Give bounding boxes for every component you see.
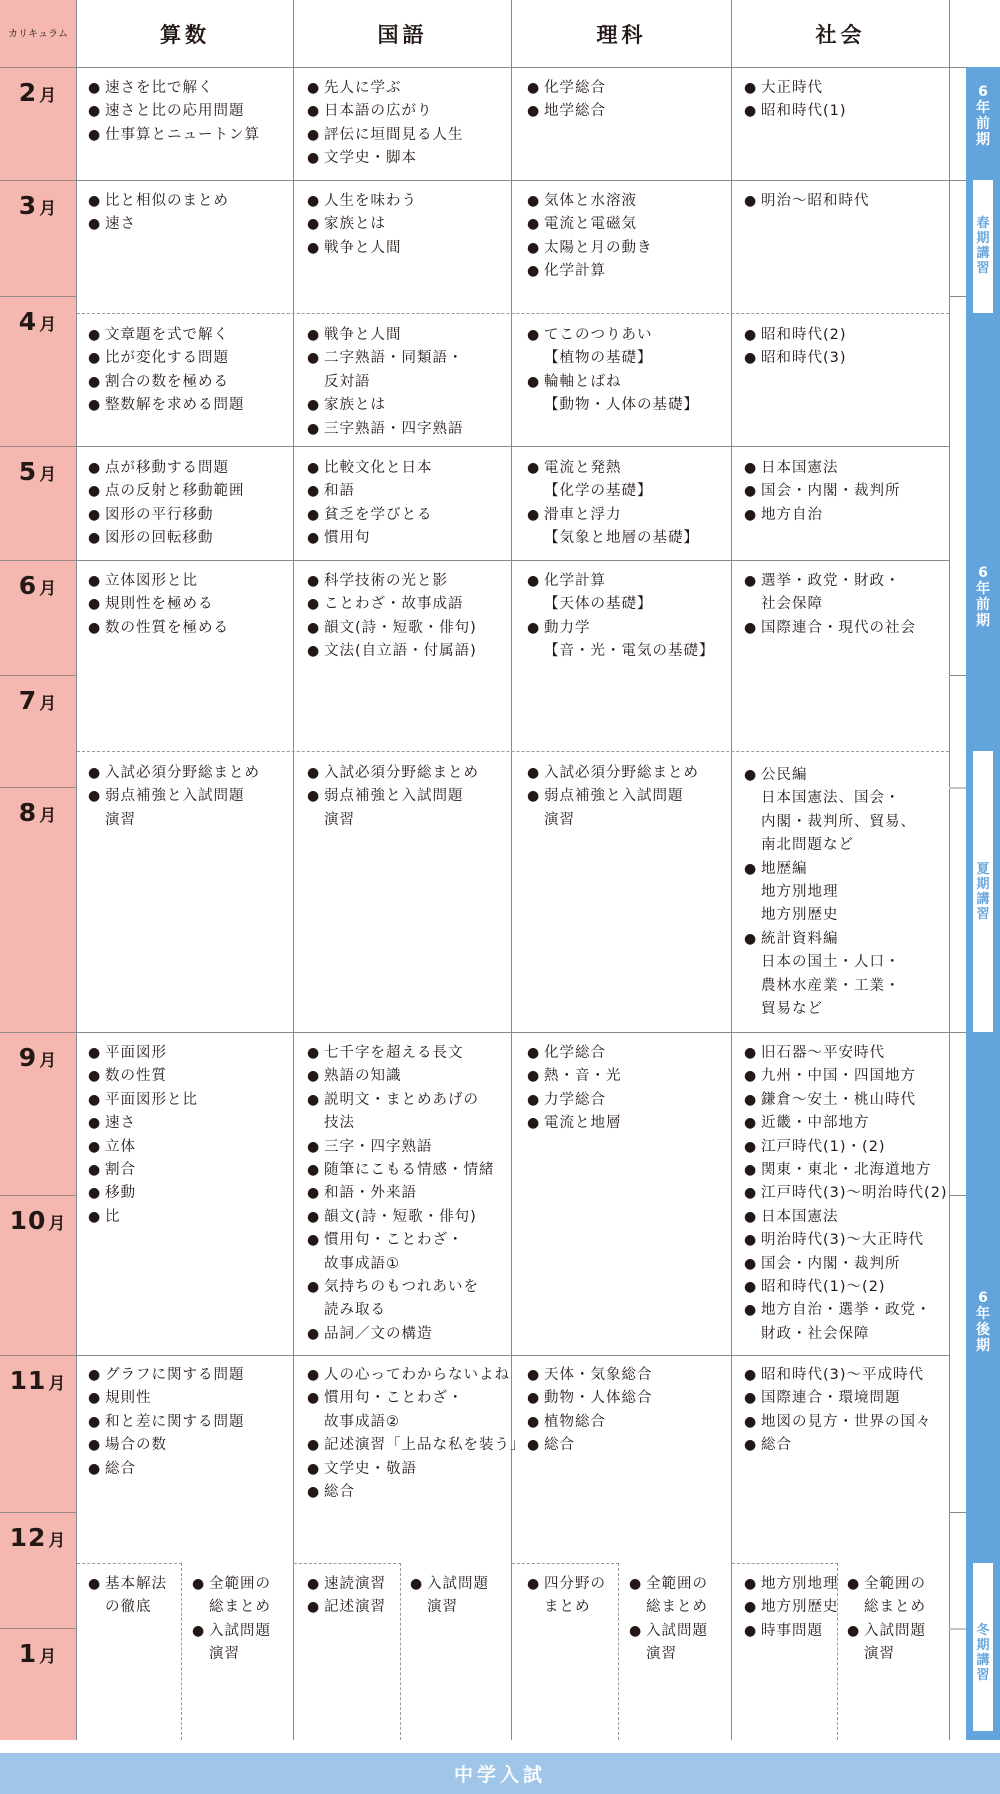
bullet-icon: ●: [88, 1434, 101, 1457]
topic-item: ●点が移動する問題: [88, 457, 288, 480]
topic-text: 規則性を極める: [105, 593, 288, 616]
topic-item: ●図形の平行移動: [88, 504, 288, 527]
topic-text: 速さ: [105, 213, 288, 236]
bullet-icon: ●: [744, 1229, 757, 1252]
bullet-icon: ●: [744, 347, 757, 370]
topic-item: ●統計資料編日本の国土・人口・農林水産業・工業・貿易など: [744, 928, 944, 1022]
topic-text: 慣用句・ことわざ・: [324, 1387, 512, 1410]
topic-text: 力学総合: [544, 1089, 727, 1112]
cell-winter-science-a: ●四分野のまとめ: [527, 1573, 617, 1620]
bullet-icon: ●: [744, 1065, 757, 1088]
topic-text: 関東・東北・北海道地方: [761, 1159, 949, 1182]
bullet-icon: ●: [744, 100, 757, 123]
topic-item: ●人の心ってわからないよね: [307, 1364, 512, 1387]
topic-item: ●昭和時代(2): [744, 324, 944, 347]
term-label-6th-first-half: 6年前期: [966, 84, 1000, 148]
bullet-icon: ●: [527, 324, 540, 347]
winter-course-label: 冬期講習: [973, 1623, 993, 1683]
topic-text: 速さを比で解く: [105, 77, 288, 100]
bullet-icon: ●: [744, 1112, 757, 1135]
cell-nov-dec-social: ●昭和時代(3)～平成時代●国際連合・環境問題●地図の見方・世界の国々●総合: [744, 1364, 944, 1458]
topic-item: ●韻文(詩・短歌・俳句): [307, 617, 507, 640]
topic-item: ●九州・中国・四国地方: [744, 1065, 949, 1088]
side-tick: [949, 675, 966, 676]
bullet-icon: ●: [307, 1229, 320, 1252]
topic-text: 貧乏を学びとる: [324, 504, 507, 527]
cell-apr-science: ●てこのつりあい【植物の基礎】●輪軸とばね【動物・人体の基礎】: [527, 324, 727, 418]
topic-text: 入試問題: [864, 1620, 937, 1643]
cell-winter-math-b: ●全範囲の総まとめ●入試問題演習: [192, 1573, 282, 1667]
topic-text: 明治時代(3)～大正時代: [761, 1229, 949, 1252]
bullet-icon: ●: [307, 640, 320, 663]
topic-text: 文学史・脚本: [324, 147, 507, 170]
topic-text: 基本解法: [105, 1573, 178, 1596]
topic-text-continued: 南北問題など: [761, 834, 944, 857]
row-divider-dashed: [512, 1563, 619, 1564]
bullet-icon: ●: [88, 1042, 101, 1065]
topic-text-continued: 総まとめ: [646, 1596, 719, 1619]
topic-text-continued: 総まとめ: [209, 1596, 282, 1619]
topic-text-continued: 日本国憲法、国会・: [761, 787, 944, 810]
bullet-icon: ●: [744, 457, 757, 480]
cell-apr-japanese: ●戦争と人間●二字熟語・同類語・反対語●家族とは●三字熟語・四字熟語: [307, 324, 507, 441]
bullet-icon: ●: [307, 1387, 320, 1410]
topic-item: ●速さを比で解く: [88, 77, 288, 100]
topic-text: 文学史・敬語: [324, 1458, 512, 1481]
topic-item: ●三字熟語・四字熟語: [307, 418, 507, 441]
topic-text: 国会・内閣・裁判所: [761, 1253, 949, 1276]
bullet-icon: ●: [527, 1573, 540, 1596]
topic-text-continued: 演習: [544, 809, 727, 832]
topic-text: 全範囲の: [646, 1573, 719, 1596]
bullet-icon: ●: [307, 762, 320, 785]
topic-item: ●四分野のまとめ: [527, 1573, 617, 1620]
header-science: 理科: [512, 0, 731, 67]
topic-item: ●地図の見方・世界の国々: [744, 1411, 944, 1434]
side-tick: [949, 1512, 966, 1513]
topic-item: ●比較文化と日本: [307, 457, 507, 480]
topic-item: ●昭和時代(1)～(2): [744, 1276, 949, 1299]
topic-text: 点が移動する問題: [105, 457, 288, 480]
topic-text-continued: 【動物・人体の基礎】: [544, 394, 727, 417]
month-unit: 月: [39, 86, 57, 106]
topic-text-continued: 反対語: [324, 371, 507, 394]
month-cell-jan: 1月: [0, 1628, 76, 1740]
bullet-icon: ●: [88, 457, 101, 480]
topic-item: ●電流と地層: [527, 1112, 727, 1135]
topic-item: ●文学史・敬語: [307, 1458, 512, 1481]
bullet-icon: ●: [307, 1458, 320, 1481]
topic-text: 記述演習「上品な私を装う」: [324, 1434, 512, 1457]
bullet-icon: ●: [527, 100, 540, 123]
bullet-icon: ●: [88, 504, 101, 527]
topic-item: ●全範囲の総まとめ: [192, 1573, 282, 1620]
cell-summer-social: ●公民編日本国憲法、国会・内閣・裁判所、貿易、南北問題など●地歴編地方別地理地方…: [744, 764, 944, 1021]
month-unit: 月: [39, 806, 57, 826]
cell-mar-social: ●明治～昭和時代: [744, 190, 944, 213]
topic-item: ●総合: [527, 1434, 727, 1457]
bullet-icon: ●: [307, 570, 320, 593]
cell-winter-japanese-b: ●入試問題演習: [410, 1573, 500, 1620]
bullet-icon: ●: [744, 1276, 757, 1299]
bullet-icon: ●: [88, 1206, 101, 1229]
topic-item: ●品詞／文の構造: [307, 1323, 512, 1346]
topic-text: 三字・四字熟語: [324, 1136, 512, 1159]
topic-text: 日本国憲法: [761, 457, 944, 480]
month-cell-mar: 3月: [0, 180, 76, 296]
bullet-icon: ●: [307, 190, 320, 213]
topic-item: ●人生を味わう: [307, 190, 507, 213]
topic-text: 気体と水溶液: [544, 190, 727, 213]
topic-item: ●近畿・中部地方: [744, 1112, 949, 1135]
bullet-icon: ●: [744, 928, 757, 951]
topic-item: ●公民編日本国憲法、国会・内閣・裁判所、貿易、南北問題など: [744, 764, 944, 858]
bullet-icon: ●: [527, 1112, 540, 1135]
topic-item: ●戦争と人間: [307, 237, 507, 260]
bullet-icon: ●: [744, 1253, 757, 1276]
spring-course-label: 春期講習: [973, 216, 993, 276]
topic-text: 地歴編: [761, 858, 944, 881]
cell-may-japanese: ●比較文化と日本●和語●貧乏を学びとる●慣用句: [307, 457, 507, 551]
bullet-icon: ●: [744, 1089, 757, 1112]
topic-item: ●太陽と月の動き: [527, 237, 727, 260]
topic-item: ●韻文(詩・短歌・俳句): [307, 1206, 512, 1229]
bullet-icon: ●: [307, 147, 320, 170]
topic-text: 弱点補強と入試問題: [324, 785, 507, 808]
bullet-icon: ●: [744, 480, 757, 503]
header-social: 社会: [732, 0, 949, 67]
cell-nov-dec-japanese: ●人の心ってわからないよね●慣用句・ことわざ・故事成語②●記述演習「上品な私を装…: [307, 1364, 512, 1504]
bullet-icon: ●: [88, 371, 101, 394]
topic-text: 動物・人体総合: [544, 1387, 727, 1410]
bullet-icon: ●: [307, 237, 320, 260]
topic-item: ●江戸時代(3)～明治時代(2): [744, 1182, 949, 1205]
topic-item: ●電流と発熱【化学の基礎】: [527, 457, 727, 504]
topic-text: 戦争と人間: [324, 324, 507, 347]
bullet-icon: ●: [744, 570, 757, 593]
topic-text: 化学総合: [544, 77, 727, 100]
topic-text: 江戸時代(3)～明治時代(2): [761, 1182, 949, 1205]
bullet-icon: ●: [744, 1136, 757, 1159]
topic-item: ●基本解法の徹底: [88, 1573, 178, 1620]
topic-text: 総合: [544, 1434, 727, 1457]
topic-item: ●昭和時代(1): [744, 100, 944, 123]
row-divider: [77, 180, 949, 181]
month-cell-dec: 12月: [0, 1512, 76, 1628]
topic-item: ●天体・気象総合: [527, 1364, 727, 1387]
bullet-icon: ●: [527, 1042, 540, 1065]
month-cell-nov: 11月: [0, 1355, 76, 1512]
bullet-icon: ●: [527, 260, 540, 283]
topic-item: ●化学計算: [527, 260, 727, 283]
cell-jun-jul-social: ●選挙・政党・財政・社会保障●国際連合・現代の社会: [744, 570, 944, 640]
bullet-icon: ●: [527, 371, 540, 394]
bullet-icon: ●: [307, 593, 320, 616]
bullet-icon: ●: [744, 1042, 757, 1065]
bullet-icon: ●: [527, 1065, 540, 1088]
cell-feb-math: ●速さを比で解く●速さと比の応用問題●仕事算とニュートン算: [88, 77, 288, 147]
bullet-icon: ●: [527, 785, 540, 808]
bullet-icon: ●: [307, 504, 320, 527]
topic-text: 数の性質を極める: [105, 617, 288, 640]
topic-text: 評伝に垣間見る人生: [324, 124, 507, 147]
row-divider: [77, 1355, 949, 1356]
bullet-icon: ●: [744, 1573, 757, 1596]
topic-text: 気持ちのもつれあいを: [324, 1276, 512, 1299]
topic-text: 科学技術の光と影: [324, 570, 507, 593]
topic-text: 立体: [105, 1136, 288, 1159]
month-num: 2: [19, 78, 37, 107]
topic-item: ●戦争と人間: [307, 324, 507, 347]
topic-text: 入試問題: [646, 1620, 719, 1643]
bullet-icon: ●: [527, 1434, 540, 1457]
month-unit: 月: [48, 1531, 66, 1551]
header-math: 算数: [77, 0, 293, 67]
topic-item: ●化学総合: [527, 1042, 727, 1065]
topic-text: 品詞／文の構造: [324, 1323, 512, 1346]
bullet-icon: ●: [744, 1159, 757, 1182]
topic-text: 地方自治: [761, 504, 944, 527]
topic-text: 地学総合: [544, 100, 727, 123]
topic-text: 韻文(詩・短歌・俳句): [324, 1206, 512, 1229]
topic-item: ●昭和時代(3)～平成時代: [744, 1364, 944, 1387]
cell-winter-math-a: ●基本解法の徹底: [88, 1573, 178, 1620]
topic-text: 慣用句・ことわざ・: [324, 1229, 512, 1252]
topic-item: ●旧石器～平安時代: [744, 1042, 949, 1065]
cell-sep-oct-math: ●平面図形●数の性質●平面図形と比●速さ●立体●割合●移動●比: [88, 1042, 288, 1229]
cell-feb-science: ●化学総合●地学総合: [527, 77, 727, 124]
topic-item: ●立体: [88, 1136, 288, 1159]
topic-text: 入試問題: [209, 1620, 282, 1643]
month-cell-jul: 7月: [0, 675, 76, 787]
bullet-icon: ●: [307, 527, 320, 550]
cell-winter-social-b: ●全範囲の総まとめ●入試問題演習: [847, 1573, 937, 1667]
topic-text: 動力学: [544, 617, 727, 640]
topic-item: ●仕事算とニュートン算: [88, 124, 288, 147]
bullet-icon: ●: [88, 570, 101, 593]
topic-item: ●動力学【音・光・電気の基礎】: [527, 617, 727, 664]
month-num: 7: [19, 686, 37, 715]
bullet-icon: ●: [307, 1573, 320, 1596]
topic-text: 統計資料編: [761, 928, 944, 951]
topic-item: ●植物総合: [527, 1411, 727, 1434]
month-cell-sep: 9月: [0, 1032, 76, 1195]
side-tick: [949, 1195, 966, 1196]
topic-text: 図形の回転移動: [105, 527, 288, 550]
bullet-icon: ●: [527, 617, 540, 640]
topic-text: 日本国憲法: [761, 1206, 949, 1229]
row-divider-dashed: [77, 313, 949, 314]
month-cell-jun: 6月: [0, 560, 76, 675]
topic-item: ●先人に学ぶ: [307, 77, 507, 100]
bullet-icon: ●: [307, 347, 320, 370]
side-tick: [949, 787, 966, 789]
topic-text: 昭和時代(1): [761, 100, 944, 123]
topic-text: グラフに関する問題: [105, 1364, 288, 1387]
topic-text-continued: 読み取る: [324, 1299, 512, 1322]
topic-text-continued: 農林水産業・工業・: [761, 975, 944, 998]
month-cell-feb: 2月: [0, 67, 76, 180]
cell-nov-dec-math: ●グラフに関する問題●規則性●和と差に関する問題●場合の数●総合: [88, 1364, 288, 1481]
topic-text: 比: [105, 1206, 288, 1229]
topic-text: 総合: [324, 1481, 512, 1504]
bullet-icon: ●: [527, 762, 540, 785]
cell-winter-science-b: ●全範囲の総まとめ●入試問題演習: [629, 1573, 719, 1667]
topic-item: ●図形の回転移動: [88, 527, 288, 550]
row-divider-dashed: [77, 1563, 182, 1564]
bullet-icon: ●: [527, 190, 540, 213]
month-cell-may: 5月: [0, 446, 76, 560]
summer-course-label: 夏期講習: [973, 862, 993, 922]
bullet-icon: ●: [744, 1206, 757, 1229]
topic-text: 韻文(詩・短歌・俳句): [324, 617, 507, 640]
topic-text: 電流と地層: [544, 1112, 727, 1135]
topic-text: 人の心ってわからないよね: [324, 1364, 512, 1387]
bullet-icon: ●: [847, 1620, 860, 1643]
topic-item: ●平面図形と比: [88, 1089, 288, 1112]
month-num: 9: [19, 1043, 37, 1072]
topic-text: 慣用句: [324, 527, 507, 550]
topic-item: ●日本国憲法: [744, 457, 944, 480]
cell-winter-social-a: ●地方別地理●地方別歴史●時事問題: [744, 1573, 834, 1643]
bullet-icon: ●: [88, 1089, 101, 1112]
bullet-icon: ●: [527, 213, 540, 236]
topic-text: 地方別歴史: [761, 1596, 834, 1619]
topic-text: 家族とは: [324, 213, 507, 236]
bullet-icon: ●: [307, 480, 320, 503]
topic-item: ●入試問題演習: [847, 1620, 937, 1667]
bullet-icon: ●: [629, 1620, 642, 1643]
month-num: 11: [10, 1366, 47, 1395]
topic-text: 入試問題: [427, 1573, 500, 1596]
bullet-icon: ●: [307, 418, 320, 441]
bullet-icon: ●: [88, 1136, 101, 1159]
topic-item: ●明治～昭和時代: [744, 190, 944, 213]
topic-item: ●入試問題演習: [410, 1573, 500, 1620]
bullet-icon: ●: [88, 124, 101, 147]
topic-text: 先人に学ぶ: [324, 77, 507, 100]
topic-text: 四分野の: [544, 1573, 617, 1596]
bullet-icon: ●: [847, 1573, 860, 1596]
topic-text-continued: 地方別地理: [761, 881, 944, 904]
topic-text: 和語: [324, 480, 507, 503]
topic-item: ●昭和時代(3): [744, 347, 944, 370]
topic-text: 比較文化と日本: [324, 457, 507, 480]
topic-text: 総合: [105, 1458, 288, 1481]
topic-item: ●和語・外来語: [307, 1182, 512, 1205]
bullet-icon: ●: [307, 785, 320, 808]
topic-text: 七千字を超える長文: [324, 1042, 512, 1065]
cell-mar-science: ●気体と水溶液●電流と電磁気●太陽と月の動き●化学計算: [527, 190, 727, 284]
topic-item: ●入試必須分野総まとめ: [88, 762, 288, 785]
term-label-6th-first-half-mid: 6年前期: [966, 565, 1000, 629]
month-unit: 月: [39, 315, 57, 335]
bullet-icon: ●: [527, 237, 540, 260]
cell-sep-oct-science: ●化学総合●熱・音・光●力学総合●電流と地層: [527, 1042, 727, 1136]
topic-item: ●入試問題演習: [629, 1620, 719, 1667]
bullet-icon: ●: [88, 213, 101, 236]
topic-text: 入試必須分野総まとめ: [105, 762, 288, 785]
bullet-icon: ●: [744, 1411, 757, 1434]
topic-item: ●三字・四字熟語: [307, 1136, 512, 1159]
topic-item: ●科学技術の光と影: [307, 570, 507, 593]
topic-item: ●規則性: [88, 1387, 288, 1410]
topic-item: ●化学計算【天体の基礎】: [527, 570, 727, 617]
bullet-icon: ●: [88, 1573, 101, 1596]
topic-text: 比と相似のまとめ: [105, 190, 288, 213]
bullet-icon: ●: [88, 100, 101, 123]
topic-text-continued: 財政・社会保障: [761, 1323, 949, 1346]
bullet-icon: ●: [527, 504, 540, 527]
topic-item: ●日本国憲法: [744, 1206, 949, 1229]
topic-text: 速読演習: [324, 1573, 397, 1596]
topic-item: ●説明文・まとめあげの技法: [307, 1089, 512, 1136]
month-cell-oct: 10月: [0, 1195, 76, 1355]
topic-text-continued: 故事成語①: [324, 1253, 512, 1276]
cell-feb-japanese: ●先人に学ぶ●日本語の広がり●評伝に垣間見る人生●文学史・脚本: [307, 77, 507, 171]
topic-item: ●慣用句・ことわざ・故事成語②: [307, 1387, 512, 1434]
topic-item: ●弱点補強と入試問題演習: [307, 785, 507, 832]
topic-item: ●関東・東北・北海道地方: [744, 1159, 949, 1182]
cell-may-science: ●電流と発熱【化学の基礎】●滑車と浮力【気象と地層の基礎】: [527, 457, 727, 551]
topic-item: ●随筆にこもる情感・情緒: [307, 1159, 512, 1182]
bullet-icon: ●: [307, 1136, 320, 1159]
topic-item: ●動物・人体総合: [527, 1387, 727, 1410]
cell-summer-science: ●入試必須分野総まとめ●弱点補強と入試問題演習: [527, 762, 727, 832]
topic-text: 入試必須分野総まとめ: [544, 762, 727, 785]
bullet-icon: ●: [88, 190, 101, 213]
topic-text: 総合: [761, 1434, 944, 1457]
side-tick: [949, 180, 966, 181]
bullet-icon: ●: [307, 100, 320, 123]
month-num: 10: [10, 1206, 47, 1235]
topic-item: ●輪軸とばね【動物・人体の基礎】: [527, 371, 727, 418]
topic-item: ●速さ: [88, 213, 288, 236]
topic-item: ●速さと比の応用問題: [88, 100, 288, 123]
month-cell-apr: 4月: [0, 296, 76, 446]
topic-text: 植物総合: [544, 1411, 727, 1434]
topic-text: 国際連合・環境問題: [761, 1387, 944, 1410]
bullet-icon: ●: [307, 1159, 320, 1182]
month-unit: 月: [39, 694, 57, 714]
bullet-icon: ●: [527, 1089, 540, 1112]
topic-item: ●立体図形と比: [88, 570, 288, 593]
topic-item: ●日本語の広がり: [307, 100, 507, 123]
bullet-icon: ●: [744, 504, 757, 527]
topic-text: 仕事算とニュートン算: [105, 124, 288, 147]
bullet-icon: ●: [307, 213, 320, 236]
bullet-icon: ●: [88, 617, 101, 640]
cell-may-math: ●点が移動する問題●点の反射と移動範囲●図形の平行移動●図形の回転移動: [88, 457, 288, 551]
topic-text: 化学計算: [544, 260, 727, 283]
topic-item: ●国際連合・環境問題: [744, 1387, 944, 1410]
topic-item: ●気持ちのもつれあいを読み取る: [307, 1276, 512, 1323]
side-tick: [949, 1628, 966, 1630]
month-num: 8: [19, 798, 37, 827]
bullet-icon: ●: [744, 1182, 757, 1205]
topic-text: 三字熟語・四字熟語: [324, 418, 507, 441]
topic-item: ●地方自治・選挙・政党・財政・社会保障: [744, 1299, 949, 1346]
topic-item: ●国際連合・現代の社会: [744, 617, 944, 640]
topic-item: ●速読演習: [307, 1573, 397, 1596]
topic-text: 平面図形と比: [105, 1089, 288, 1112]
bullet-icon: ●: [88, 1182, 101, 1205]
month-unit: 月: [39, 199, 57, 219]
topic-text-continued: 貿易など: [761, 998, 944, 1021]
topic-item: ●弱点補強と入試問題演習: [88, 785, 288, 832]
bullet-icon: ●: [744, 1387, 757, 1410]
topic-item: ●地方自治: [744, 504, 944, 527]
